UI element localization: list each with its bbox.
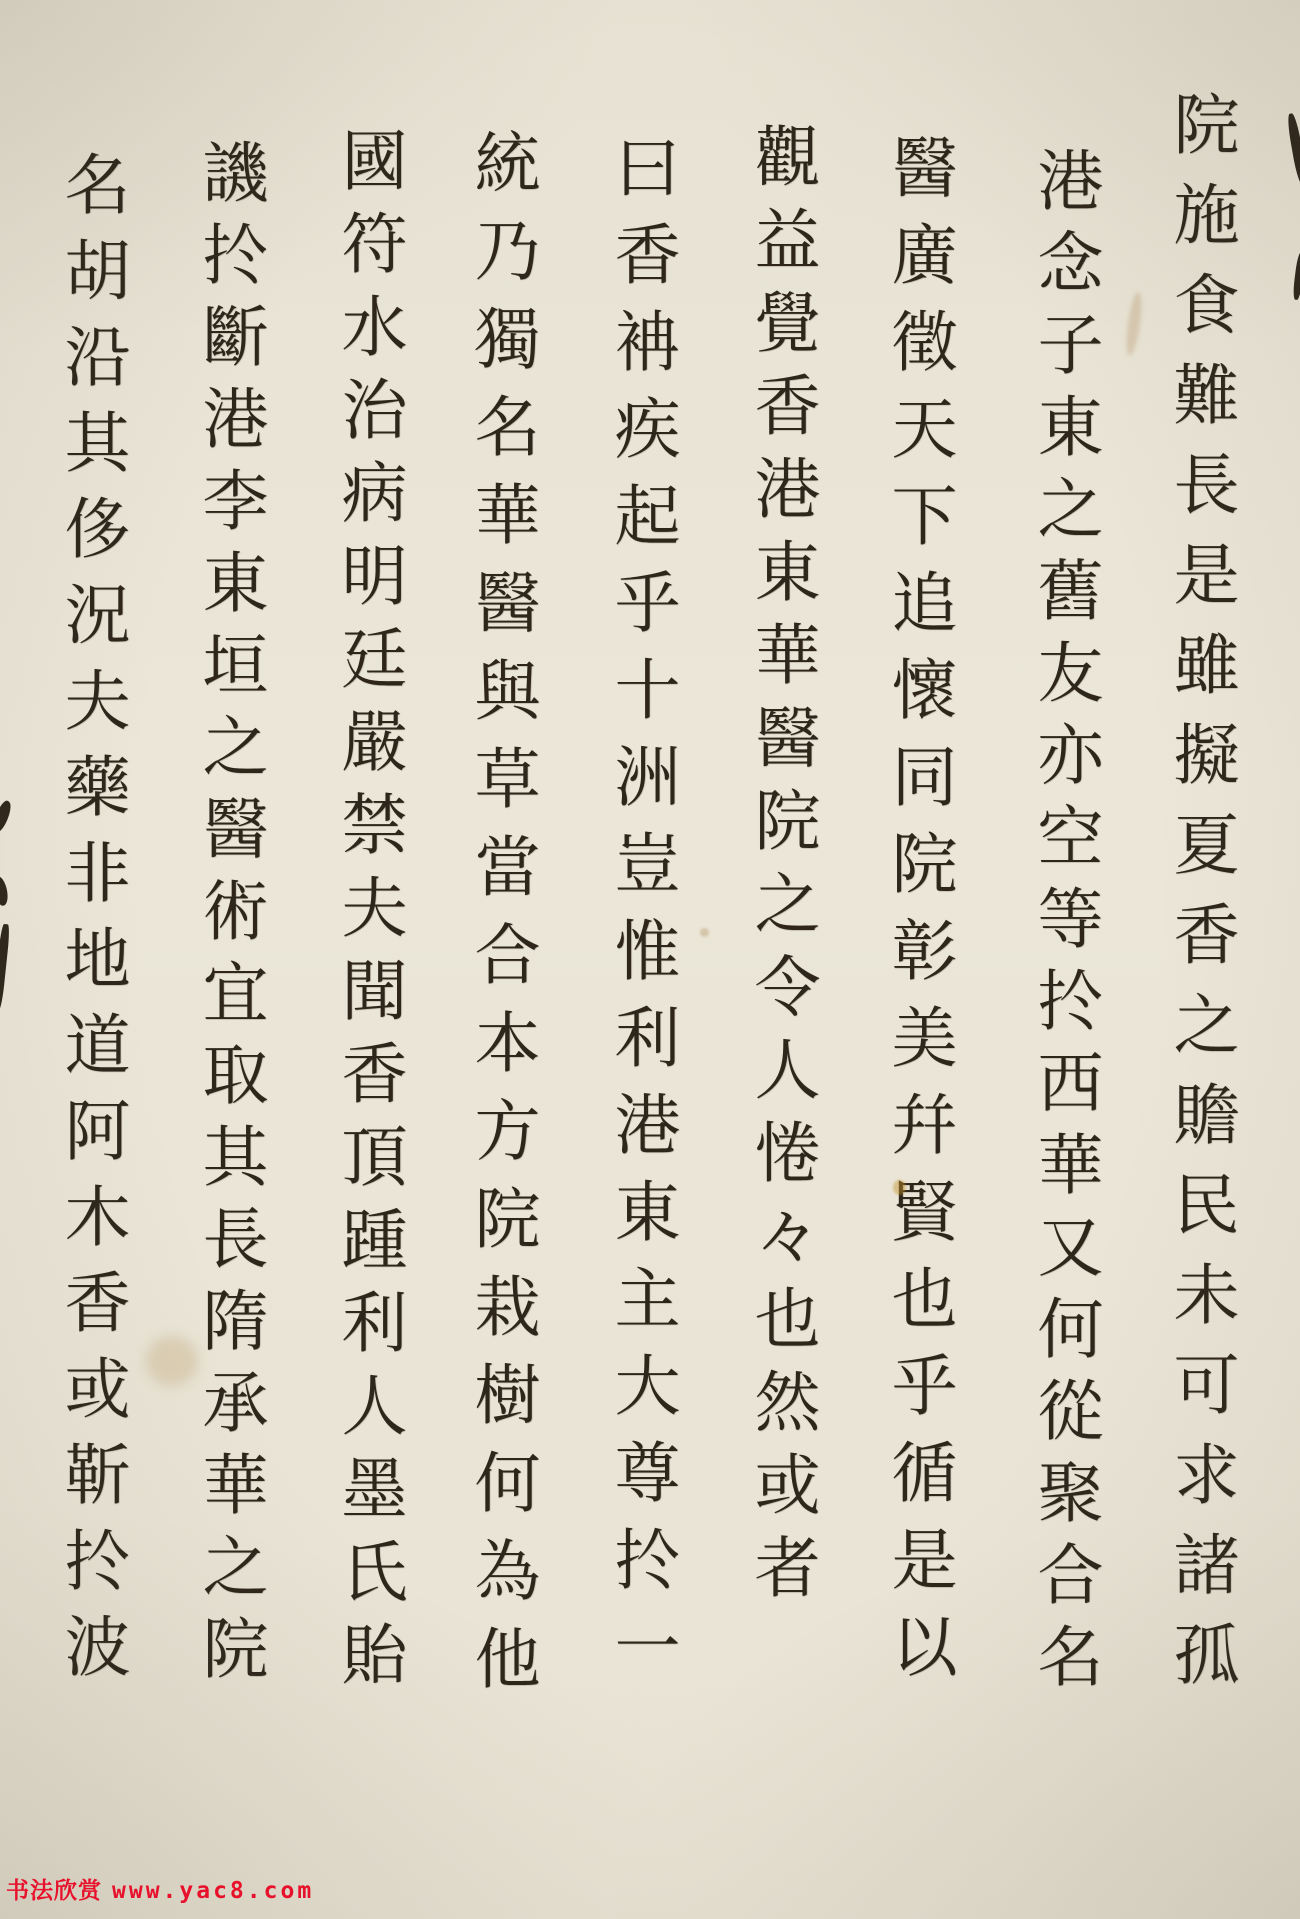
text-column-8: 譏扵斷港李東垣之醫術宜取其長隋承華之院 xyxy=(195,138,261,1696)
text-column-3: 醫廣徵天下追懷同院彰美幷賢也乎循是以 xyxy=(884,133,950,1699)
paper-stain xyxy=(700,928,709,937)
paper-stain xyxy=(146,1336,198,1386)
text-column-6: 統乃獨名華醫與草當合本方院栽樹何為他 xyxy=(467,128,533,1712)
calligraphy-page: { "calligraphy": { "reading_order": "col… xyxy=(0,0,1300,1919)
cropped-ink-stroke-right xyxy=(1292,252,1300,301)
site-watermark-label: 书法欣赏 xyxy=(6,1878,102,1904)
site-watermark-url: www.yac8.com xyxy=(112,1878,314,1904)
cropped-ink-stroke-left xyxy=(0,875,10,907)
paper-stain xyxy=(1124,291,1145,356)
text-column-1: 院施食難長是雖擬夏香之贍民未可求諸孤 xyxy=(1166,90,1232,1710)
cropped-ink-stroke-right xyxy=(1286,113,1300,186)
cropped-ink-stroke-left xyxy=(0,924,10,1010)
site-watermark: 书法欣赏www.yac8.com xyxy=(6,1872,314,1905)
cropped-ink-stroke-left xyxy=(0,799,14,835)
text-column-2: 港念子東之舊友亦空等扵西華又何從聚合名 xyxy=(1030,146,1096,1704)
text-column-9: 名胡沿其侈況夫藥非地道阿木香或靳扵波 xyxy=(57,150,123,1698)
text-column-7: 國符水治病明廷嚴禁夫聞香頂踵利人墨氏貽 xyxy=(334,126,400,1703)
paper-sheet: 院施食難長是雖擬夏香之贍民未可求諸孤 港念子東之舊友亦空等扵西華又何從聚合名 醫… xyxy=(0,0,1300,1919)
text-column-5: 曰香袡疾起乎十洲豈惟利港東主大尊扵一 xyxy=(607,133,673,1699)
text-column-4: 觀益覺香港東華醫院之令人惓々也然或者 xyxy=(747,122,813,1616)
